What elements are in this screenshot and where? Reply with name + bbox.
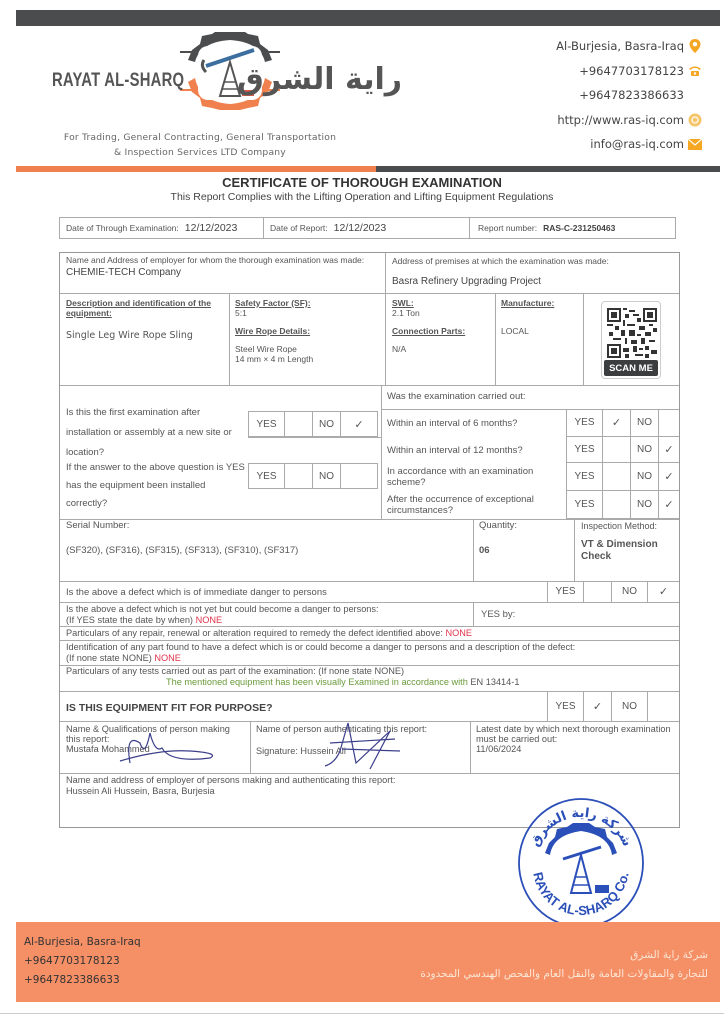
first-exam-question: Is this the first examination after inst… bbox=[66, 403, 241, 463]
carried-out-no-label: NO bbox=[631, 437, 659, 462]
immediate-danger-yes-box[interactable] bbox=[584, 581, 612, 602]
installed-correctly-yes-box[interactable] bbox=[285, 464, 313, 488]
swl-cell: SWL: 2.1 Ton Connection Parts: N/A bbox=[392, 298, 492, 354]
carried-out-question: After the occurrence of exceptional circ… bbox=[387, 491, 552, 519]
company-stamp-icon: شركة راية الشرق RAYAT AL-SHARQ Co. bbox=[515, 797, 647, 929]
serial-cell: Serial Number: (SF320), (SF316), (SF315)… bbox=[66, 521, 466, 556]
employer-of-persons-value: Hussein Ali Hussein, Basra, Burjesia bbox=[66, 786, 666, 797]
tests-value: The mentioned equipment has been visuall… bbox=[166, 677, 468, 687]
quantity-value: 06 bbox=[479, 545, 569, 556]
quantity-cell: Quantity: 06 bbox=[479, 521, 569, 556]
future-danger-cell: Is the above a defect which is not yet b… bbox=[66, 604, 466, 626]
report-header-table: Date of Through Examination:12/12/2023 D… bbox=[59, 217, 676, 239]
carried-out-yes-no: YESNO✓ bbox=[566, 463, 679, 491]
tagline-line-1: For Trading, General Contracting, Genera… bbox=[40, 130, 360, 145]
employer-of-persons-cell: Name and address of employer of persons … bbox=[66, 775, 666, 797]
exam-date-cell: Date of Through Examination:12/12/2023 bbox=[60, 218, 264, 238]
immediate-danger-no-box[interactable]: ✓ bbox=[648, 581, 679, 602]
serial-value: (SF320), (SF316), (SF315), (SF313), (SF3… bbox=[66, 545, 466, 556]
carried-out-yes-label: YES bbox=[567, 409, 603, 436]
carried-out-no-box[interactable]: ✓ bbox=[659, 491, 679, 518]
first-exam-yes-no: YES NO ✓ bbox=[248, 411, 378, 437]
carried-out-yes-no: YESNO✓ bbox=[566, 437, 679, 463]
fit-no-box[interactable] bbox=[648, 691, 679, 721]
contact-phone-2[interactable]: +9647823386633 bbox=[579, 88, 684, 102]
carried-out-no-box[interactable] bbox=[659, 409, 679, 436]
header-top-bar bbox=[16, 10, 720, 26]
report-number-cell: Report number:RAS-C-231250463 bbox=[470, 218, 675, 238]
description-value: Single Leg Wire Rope Sling bbox=[66, 330, 226, 341]
location-pin-icon bbox=[688, 39, 702, 53]
exam-date: 12/12/2023 bbox=[185, 222, 238, 234]
tests-standard: EN 13414-1 bbox=[470, 677, 519, 687]
carried-out-yes-box[interactable] bbox=[603, 437, 631, 462]
immediate-danger-question: Is the above a defect which is of immedi… bbox=[66, 587, 516, 598]
repair-value: NONE bbox=[445, 628, 472, 638]
future-danger-value: NONE bbox=[196, 615, 223, 625]
defect-part-cell: Identification of any part found to have… bbox=[66, 642, 676, 664]
carried-out-no-label: NO bbox=[631, 409, 659, 436]
check-icon: ✓ bbox=[659, 585, 668, 598]
manufacture-value: LOCAL bbox=[501, 326, 581, 336]
page-bottom-line bbox=[0, 1013, 724, 1014]
footer-address: Al-Burjesia, Basra-Iraq bbox=[24, 933, 141, 952]
check-icon: ✓ bbox=[593, 700, 602, 713]
carried-out-yes-no: YES✓NO bbox=[566, 409, 679, 437]
carried-out-yes-label: YES bbox=[567, 463, 603, 490]
next-exam-cell: Latest date by which next thorough exami… bbox=[476, 724, 676, 754]
method-value: VT & Dimension Check bbox=[581, 539, 677, 563]
check-icon: ✓ bbox=[354, 418, 363, 431]
carried-out-label: Was the examination carried out: bbox=[387, 391, 587, 402]
carried-out-question: Within an interval of 12 months? bbox=[387, 437, 552, 463]
footer-phone-1[interactable]: +9647703178123 bbox=[24, 952, 141, 971]
wire-rope-line-1: Steel Wire Rope bbox=[235, 344, 383, 354]
authenticator-signature-icon bbox=[320, 721, 410, 773]
certificate-subtitle: This Report Complies with the Lifting Op… bbox=[0, 191, 724, 203]
carried-out-no-box[interactable]: ✓ bbox=[659, 463, 679, 490]
first-exam-yes-box[interactable] bbox=[285, 412, 313, 436]
first-exam-no-box[interactable]: ✓ bbox=[341, 412, 377, 436]
contact-block: Al-Burjesia, Basra-Iraq +9647703178123 +… bbox=[556, 34, 702, 157]
carried-out-yes-label: YES bbox=[567, 491, 603, 518]
yes-by-label: YES by: bbox=[481, 609, 561, 620]
scan-me-label: SCAN ME bbox=[604, 360, 658, 376]
next-exam-value: 11/06/2024 bbox=[476, 744, 676, 754]
carried-out-yes-box[interactable] bbox=[603, 463, 631, 490]
carried-out-question: In accordance with an examination scheme… bbox=[387, 463, 552, 491]
description-cell: Description and identification of the eq… bbox=[66, 298, 226, 341]
maker-signature-icon bbox=[100, 723, 220, 771]
method-cell: Inspection Method: VT & Dimension Check bbox=[581, 521, 677, 563]
carried-out-yes-no: YESNO✓ bbox=[566, 491, 679, 519]
swl-value: 2.1 Ton bbox=[392, 308, 492, 318]
footer-arabic: شركة راية الشرق للتجارة والمقاولات العام… bbox=[420, 946, 708, 984]
premises-value: Basra Refinery Upgrading Project bbox=[392, 276, 672, 287]
qr-code-icon bbox=[607, 306, 657, 360]
tests-cell: Particulars of any tests carried out as … bbox=[66, 666, 676, 688]
defect-part-value: NONE bbox=[154, 653, 181, 663]
repair-cell: Particulars of any repair, renewal or al… bbox=[66, 628, 666, 638]
globe-icon bbox=[688, 113, 702, 127]
company-name-ar: راية الشرق bbox=[237, 62, 402, 97]
fit-for-purpose-question: IS THIS EQUIPMENT FIT FOR PURPOSE? bbox=[66, 702, 466, 714]
carried-out-yes-label: YES bbox=[567, 437, 603, 462]
tagline-line-2: & Inspection Services LTD Company bbox=[40, 145, 360, 160]
company-name-en: RAYAT AL-SHARQ bbox=[52, 70, 184, 92]
employer-cell: Name and Address of employer for whom th… bbox=[66, 255, 376, 278]
contact-website[interactable]: http://www.ras-iq.com bbox=[557, 113, 684, 127]
employer-value: CHEMIE-TECH Company bbox=[66, 267, 376, 278]
carried-out-yes-box[interactable] bbox=[603, 491, 631, 518]
report-date-cell: Date of Report:12/12/2023 bbox=[264, 218, 470, 238]
contact-email[interactable]: info@ras-iq.com bbox=[590, 137, 684, 151]
safety-wire-cell: Safety Factor (SF): 5:1 Wire Rope Detail… bbox=[235, 298, 383, 364]
footer-band: Al-Burjesia, Basra-Iraq +9647703178123 +… bbox=[16, 922, 720, 1002]
qr-code[interactable]: SCAN ME bbox=[601, 301, 661, 379]
premises-cell: Address of premises at which the examina… bbox=[392, 256, 672, 287]
installed-correctly-question: If the answer to the above question is Y… bbox=[66, 459, 246, 513]
fit-for-purpose-yes-no: YES ✓ NO bbox=[547, 691, 679, 721]
fit-yes-box[interactable]: ✓ bbox=[584, 691, 612, 721]
certificate-title: CERTIFICATE OF THOROUGH EXAMINATION bbox=[0, 175, 724, 190]
carried-out-no-box[interactable]: ✓ bbox=[659, 437, 679, 462]
footer-phone-2[interactable]: +9647823386633 bbox=[24, 971, 141, 990]
contact-address: Al-Burjesia, Basra-Iraq bbox=[556, 39, 684, 53]
contact-phone-1[interactable]: +9647703178123 bbox=[579, 64, 684, 78]
carried-out-question: Within an interval of 6 months? bbox=[387, 409, 552, 437]
manufacture-cell: Manufacture: LOCAL bbox=[501, 298, 581, 336]
safety-factor-value: 5:1 bbox=[235, 308, 383, 318]
footer-contact: Al-Burjesia, Basra-Iraq +9647703178123 +… bbox=[24, 933, 141, 990]
carried-out-no-label: NO bbox=[631, 491, 659, 518]
report-date: 12/12/2023 bbox=[334, 222, 387, 234]
company-tagline: For Trading, General Contracting, Genera… bbox=[40, 130, 360, 160]
divider-orange bbox=[16, 166, 376, 172]
telephone-icon bbox=[688, 64, 702, 78]
company-logo: RAYAT AL-SHARQ راية الشرق bbox=[40, 32, 350, 112]
envelope-icon bbox=[688, 137, 702, 151]
carried-out-no-label: NO bbox=[631, 463, 659, 490]
footer-arabic-line-2: للتجارة والمقاولات العامة والنقل العام و… bbox=[420, 965, 708, 984]
carried-out-yes-box[interactable]: ✓ bbox=[603, 409, 631, 436]
report-number: RAS-C-231250463 bbox=[543, 223, 615, 233]
immediate-danger-yes-no: YES NO ✓ bbox=[547, 581, 679, 602]
divider-gray bbox=[376, 166, 720, 172]
installed-correctly-yes-no: YES NO bbox=[248, 463, 378, 489]
installed-correctly-no-box[interactable] bbox=[341, 464, 377, 488]
examination-form: Name and Address of employer for whom th… bbox=[59, 252, 680, 828]
connection-value: N/A bbox=[392, 344, 492, 354]
footer-arabic-line-1: شركة راية الشرق bbox=[420, 946, 708, 965]
wire-rope-line-2: 14 mm × 4 m Length bbox=[235, 354, 383, 364]
